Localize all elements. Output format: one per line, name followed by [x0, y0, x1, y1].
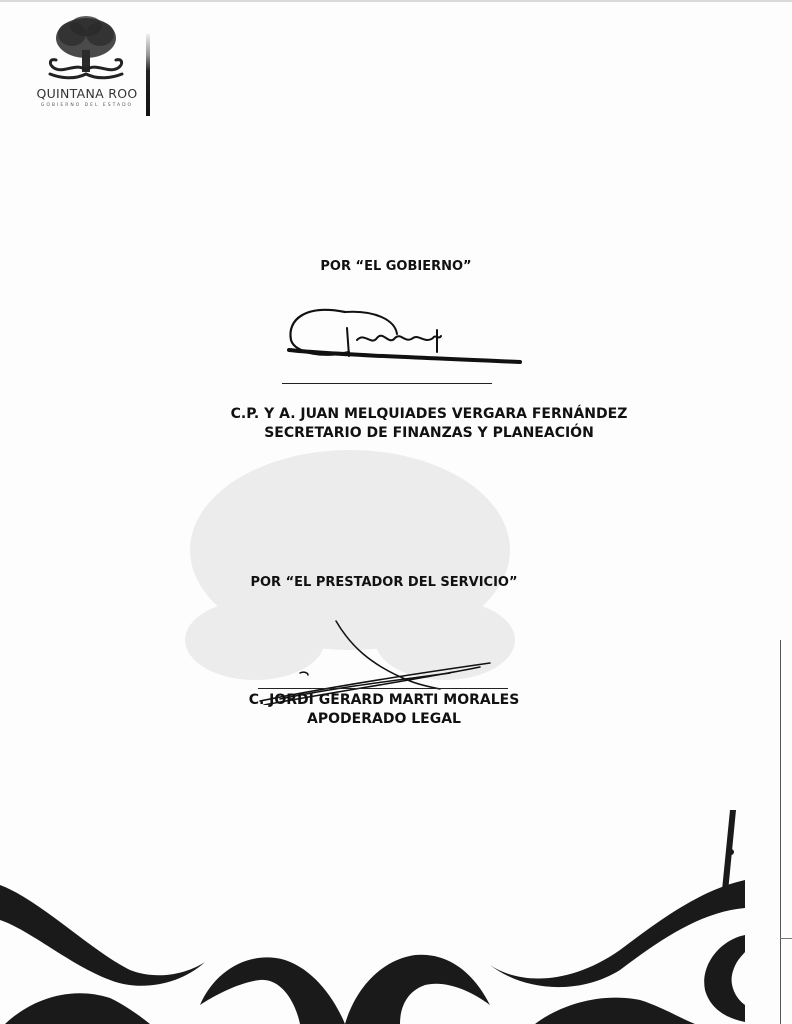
handwritten-signature-vergara — [285, 300, 525, 370]
scan-edge-tick — [780, 938, 792, 939]
page-top-edge — [0, 0, 792, 2]
government-signature-line — [282, 383, 492, 384]
provider-signer-name: C. JORDI GERARD MARTI MORALES — [0, 692, 780, 708]
provider-signer-position: APODERADO LEGAL — [0, 711, 780, 727]
logo-title: QUINTANA ROO — [26, 86, 148, 101]
government-signer-position: SECRETARIO DE FINANZAS Y PLANEACIÓN — [33, 425, 792, 441]
government-signer-name: C.P. Y A. JUAN MELQUIADES VERGARA FERNÁN… — [33, 406, 792, 422]
provider-signature-line — [258, 688, 508, 689]
provider-section-label: POR “EL PRESTADOR DEL SERVICIO” — [0, 575, 780, 590]
government-section-label: POR “EL GOBIERNO” — [0, 259, 792, 274]
logo-subtitle: GOBIERNO DEL ESTADO — [26, 103, 148, 108]
tree-emblem-icon — [36, 12, 136, 86]
wave-border-ornament — [0, 780, 760, 1024]
quintana-roo-logo: QUINTANA ROO GOBIERNO DEL ESTADO — [26, 12, 156, 112]
scan-edge-line — [780, 640, 781, 1024]
